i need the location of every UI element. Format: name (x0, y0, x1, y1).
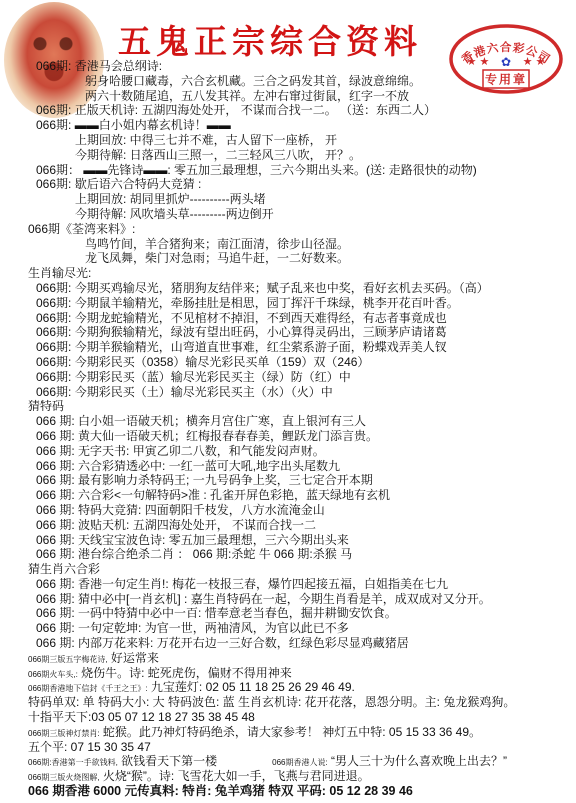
line-text: 066期火车头,: (28, 670, 78, 679)
document-line: 066 期: 特码大竞猜: 四面朝阳千枝发，八方水流淹金山 (0, 503, 576, 518)
document-line: 066期: 今期狗猴输精光，绿波有望出旺码，小心算得灵码出，三顾茅庐请诸葛 (0, 325, 576, 340)
document-line: 066期: 歇后语六合特码大竞猜 : (0, 177, 576, 192)
document-line: 066期: 今期买鸡输尽光，猪朋狗友结伴来；赋子乱来也中奖，看好玄机去买码。（高… (0, 281, 576, 296)
document-line: 特码单双: 单 特码大小: 大 特码波色: 蓝 生肖玄机诗: 花开花落，恩怨分明… (0, 695, 576, 710)
line-text: 066期: 香港马会总纲诗: (36, 59, 162, 73)
document-line: 十指平天下:03 05 07 12 18 27 35 38 45 48 (0, 710, 576, 725)
line-text: 十指平天下:03 05 07 12 18 27 35 38 45 48 (28, 710, 255, 724)
document-line: 066期: 今期鼠羊输精光，牵肠挂肚是相思，园丁挥汗千珠绿，桃李开花百叶香。 (0, 296, 576, 311)
document-line: 猜生肖六合彩 (0, 562, 576, 577)
line-text: “男人三十为什么喜欢晚上出去？” (328, 754, 507, 768)
line-text: 066 期: 六合彩<一句解特码>准 : 孔雀开屏色彩艳，蓝天绿地有玄机 (36, 488, 390, 502)
document-line: 066期: 今期羊猴输精光，山弯道直世事难，红尘萦系游子面，粉蝶戏弄美人钗 (0, 340, 576, 355)
document-line: 躬身哈腰口藏毒，六合玄机藏。三合之码发其首，绿波意绵绵。 (0, 74, 576, 89)
line-text: 九宝莲灯: 02 05 11 18 25 26 29 46 49. (148, 680, 355, 694)
line-text: 066 期: 波贴天机: 五湖四海处处开， 不谋而合找一二 (36, 518, 316, 532)
line-text: 好运常来 (108, 651, 159, 665)
line-text: 066 期: 六合彩猜透必中: 一红一蓝可大吼,地字出头尾数九 (36, 459, 340, 473)
document-line: 鸟鸣竹间，羊合猪狗来；南江面清，徐步山径湿。 (0, 237, 576, 252)
document-line: 066 期: 波贴天机: 五湖四海处处开， 不谋而合找一二 (0, 518, 576, 533)
document-line: 066期三版五字梅花诗, 好运常来 (0, 651, 576, 666)
document-line: 猜特码 (0, 399, 576, 414)
line-text: 066期: 今期买鸡输尽光，猪朋狗友结伴来；赋子乱来也中奖，看好玄机去买码。（高… (36, 281, 489, 295)
line-text: 066期香港人说: (272, 758, 328, 767)
document-line: 066期《荃湾来料》: (0, 222, 576, 237)
line-text: 066 期: 天线宝宝波色诗: 零五加三最理想，三六今期出头来 (36, 533, 349, 547)
line-text: 066 期: 猜中必中[一肖玄机] : 嘉生肖特码在一起，今期生肖看是羊，成双成… (36, 592, 491, 606)
line-text: 猜特码 (28, 399, 64, 413)
document-body: 066期: 香港马会总纲诗:躬身哈腰口藏毒，六合玄机藏。三合之码发其首，绿波意绵… (0, 0, 576, 799)
line-text: 066 期: 一码中特猜中必中一百: 惜奉意老当春色，掘井耕锄安饮食。 (36, 606, 397, 620)
document-line: 066期三版火烧图解, 火烧“猴”。诗: 飞雪花大如一手，飞燕与君同进退。 (0, 769, 576, 784)
line-text: 066期: 今期狗猴输精光，绿波有望出旺码，小心算得灵码出，三顾茅庐请诸葛 (36, 325, 447, 339)
line-text: 066 期: 一句定乾坤: 为官一世，两袖清风，为官以此已不多 (36, 621, 349, 635)
line-text: 066期: 今期龙蛇输精光，不见棺材不掉泪，不到西天难得经，有志者事竟成也 (36, 311, 447, 325)
line-text: 066期: 正版天机诗: 五湖四海处处开， 不谋而合找一二。 （送：东西二人） (36, 103, 436, 117)
line-text: 生肖输尽光: (28, 266, 91, 280)
line-text: 066期:香港第一手欲钱料, (28, 758, 118, 767)
document-line: 066期: 今期彩民买（0358）输尽光彩民买单（159）双（246） (0, 355, 576, 370)
document-line: 今期待解: 日落西山三照一，二三轻风三八吹， 开？。 (0, 148, 576, 163)
line-text: 066期: 今期彩民买（蓝）输尽光彩民买主（绿）防（红）中 (36, 370, 351, 384)
line-text: 五个平: 07 15 30 35 47 (28, 740, 151, 754)
line-text: 猜生肖六合彩 (28, 562, 100, 576)
document-line: 066 期: 港台综合绝杀二肖 ： 066 期:杀蛇 牛 066 期:杀猴 马 (0, 547, 576, 562)
line-text: 066期三版神灯禁肖: (28, 729, 100, 738)
line-text: 欲钱看天下第一楼 (118, 754, 217, 768)
line-text: 两六十数随尾追，五八发其祥。左冲右窜过街鼠，红字一不放 (85, 89, 409, 103)
line-text: 烧伤牛。诗: 蛇死虎伤，偏财不得用神来 (78, 666, 292, 680)
line-text: 066期: 今期彩民买（土）输尽光彩民买主（水）（火）中 (36, 385, 333, 399)
line-text: 066期： ▬▬先锋诗▬▬: 零五加三最理想，三六今期出头来。(送: 走路很快的… (36, 163, 477, 177)
line-text: 066 期香港 6000 元传真料: 特肖: 兔羊鸡猪 特双 平码: 05 12… (28, 784, 413, 798)
document-line: 066期: 香港马会总纲诗: (0, 59, 576, 74)
document-line: 龙飞凤舞，柴门对急雨；马追牛赶，一二好数来。 (0, 251, 576, 266)
line-text: 066期: 今期彩民买（0358）输尽光彩民买单（159）双（246） (36, 355, 369, 369)
line-text: 066期: 今期鼠羊输精光，牵肠挂肚是相思，园丁挥汗千珠绿，桃李开花百叶香。 (36, 296, 459, 310)
document-line: 066期: 今期彩民买（土）输尽光彩民买主（水）（火）中 (0, 385, 576, 400)
document-line: 066 期: 无字天书: 甲寅乙卯二八数，和气能发闷声财。 (0, 444, 576, 459)
line-text: 066期: 歇后语六合特码大竞猜 : (36, 177, 201, 191)
document-line: 066期: ▬▬白小姐内幕玄机诗！▬▬ (0, 118, 576, 133)
document-line: 066期: 今期龙蛇输精光，不见棺材不掉泪，不到西天难得经，有志者事竟成也 (0, 311, 576, 326)
document-line: 生肖输尽光: (0, 266, 576, 281)
line-text: 066期: ▬▬白小姐内幕玄机诗！▬▬ (36, 118, 231, 132)
document-line: 066期: 正版天机诗: 五湖四海处处开， 不谋而合找一二。 （送：东西二人） (0, 103, 576, 118)
line-text: 上期回放: 胡同里抓炉----------两头堵 (75, 192, 266, 206)
line-text: 蛇猴。此乃神灯特码绝杀，请大家参考！ 神灯五中特: 05 15 33 36 49… (100, 725, 481, 739)
line-text: 特码单双: 单 特码大小: 大 特码波色: 蓝 生肖玄机诗: 花开花落，恩怨分明… (28, 695, 515, 709)
document-line: 066 期: 六合彩<一句解特码>准 : 孔雀开屏色彩艳，蓝天绿地有玄机 (0, 488, 576, 503)
line-text: 上期回放: 中得三七并不难，古人留下一座桥， 开 (75, 133, 337, 147)
line-text: 鸟鸣竹间，羊合猪狗来；南江面清，徐步山径湿。 (85, 237, 349, 251)
document-line: 066期： ▬▬先锋诗▬▬: 零五加三最理想，三六今期出头来。(送: 走路很快的… (0, 163, 576, 178)
line-text: 今期待解: 风吹墙头草---------两边倒开 (75, 207, 274, 221)
document-line: 两六十数随尾追，五八发其祥。左冲右窜过街鼠，红字一不放 (0, 89, 576, 104)
document-line: 066 期: 一句定乾坤: 为官一世，两袖清风，为官以此已不多 (0, 621, 576, 636)
document-line: 066 期: 内部万花来料: 万花开右边一三好合数，红绿色彩尽显鸡藏猪居 (0, 636, 576, 651)
line-text: 龙飞凤舞，柴门对急雨；马追牛赶，一二好数来。 (85, 251, 349, 265)
document-line: 066 期: 黄大仙一语破天机；红梅报春春春美，鲤跃龙门添言贵。 (0, 429, 576, 444)
line-text: 066期三版火烧图解, (28, 773, 100, 782)
document-line: 066期香港地下信封《千王之王》: 九宝莲灯: 02 05 11 18 25 2… (0, 680, 576, 695)
document-line: 066期:香港第一手欲钱料, 欲钱看天下第一楼066期香港人说: “男人三十为什… (0, 754, 576, 769)
line-text: 066 期: 黄大仙一语破天机；红梅报春春春美，鲤跃龙门添言贵。 (36, 429, 378, 443)
line-text: 066 期: 白小姐一语破天机；横奔月宫住广寒，直上银河有三人 (36, 414, 366, 428)
line-text: 今期待解: 日落西山三照一，二三轻风三八吹， 开？。 (75, 148, 361, 162)
line-text: 066 期: 特码大竞猜: 四面朝阳千枝发，八方水流淹金山 (36, 503, 325, 517)
document-line: 066期三版神灯禁肖: 蛇猴。此乃神灯特码绝杀，请大家参考！ 神灯五中特: 05… (0, 725, 576, 740)
tip-sheet-page: 五鬼正宗综合资料 香港六合彩公司 ★ ★ ✿ ★ ★ 专用章 066期: 香港马… (0, 0, 576, 803)
document-line: 066 期: 天线宝宝波色诗: 零五加三最理想，三六今期出头来 (0, 533, 576, 548)
document-line: 上期回放: 中得三七并不难，古人留下一座桥， 开 (0, 133, 576, 148)
line-text: 066 期: 内部万花来料: 万花开右边一三好合数，红绿色彩尽显鸡藏猪居 (36, 636, 409, 650)
document-line: 066期: 今期彩民买（蓝）输尽光彩民买主（绿）防（红）中 (0, 370, 576, 385)
line-text: 066期《荃湾来料》: (28, 222, 135, 236)
line-text: 066 期: 香港一句定生肖!: 梅花一枝报三春，爆竹四起接五福，白姐指美在七九 (36, 577, 448, 591)
document-line: 066 期: 六合彩猜透必中: 一红一蓝可大吼,地字出头尾数九 (0, 459, 576, 474)
line-text: 066期香港地下信封《千王之王》: (28, 684, 148, 693)
line-text: 066期: 今期羊猴输精光，山弯道直世事难，红尘萦系游子面，粉蝶戏弄美人钗 (36, 340, 447, 354)
document-line: 066 期: 猜中必中[一肖玄机] : 嘉生肖特码在一起，今期生肖看是羊，成双成… (0, 592, 576, 607)
line-text: 066 期: 无字天书: 甲寅乙卯二八数，和气能发闷声财。 (36, 444, 325, 458)
document-line: 066 期: 香港一句定生肖!: 梅花一枝报三春，爆竹四起接五福，白姐指美在七九 (0, 577, 576, 592)
document-line: 066 期: 最有影响力杀特码王; 一九号码争上奖，三七定合开本期 (0, 473, 576, 488)
line-text: 066 期: 最有影响力杀特码王; 一九号码争上奖，三七定合开本期 (36, 473, 373, 487)
document-line: 今期待解: 风吹墙头草---------两边倒开 (0, 207, 576, 222)
document-line: 066期火车头,: 烧伤牛。诗: 蛇死虎伤，偏财不得用神来 (0, 666, 576, 681)
line-text: 066期三版五字梅花诗, (28, 655, 108, 664)
document-line: 066 期: 白小姐一语破天机；横奔月宫住广寒，直上银河有三人 (0, 414, 576, 429)
document-line: 上期回放: 胡同里抓炉----------两头堵 (0, 192, 576, 207)
line-text: 066 期: 港台综合绝杀二肖 ： 066 期:杀蛇 牛 066 期:杀猴 马 (36, 547, 352, 561)
document-line: 五个平: 07 15 30 35 47 (0, 740, 576, 755)
line-text: 火烧“猴”。诗: 飞雪花大如一手，飞燕与君同进退。 (100, 769, 370, 783)
document-line: 066 期香港 6000 元传真料: 特肖: 兔羊鸡猪 特双 平码: 05 12… (0, 784, 576, 799)
line-text: 躬身哈腰口藏毒，六合玄机藏。三合之码发其首，绿波意绵绵。 (85, 74, 421, 88)
document-line: 066 期: 一码中特猜中必中一百: 惜奉意老当春色，掘井耕锄安饮食。 (0, 606, 576, 621)
